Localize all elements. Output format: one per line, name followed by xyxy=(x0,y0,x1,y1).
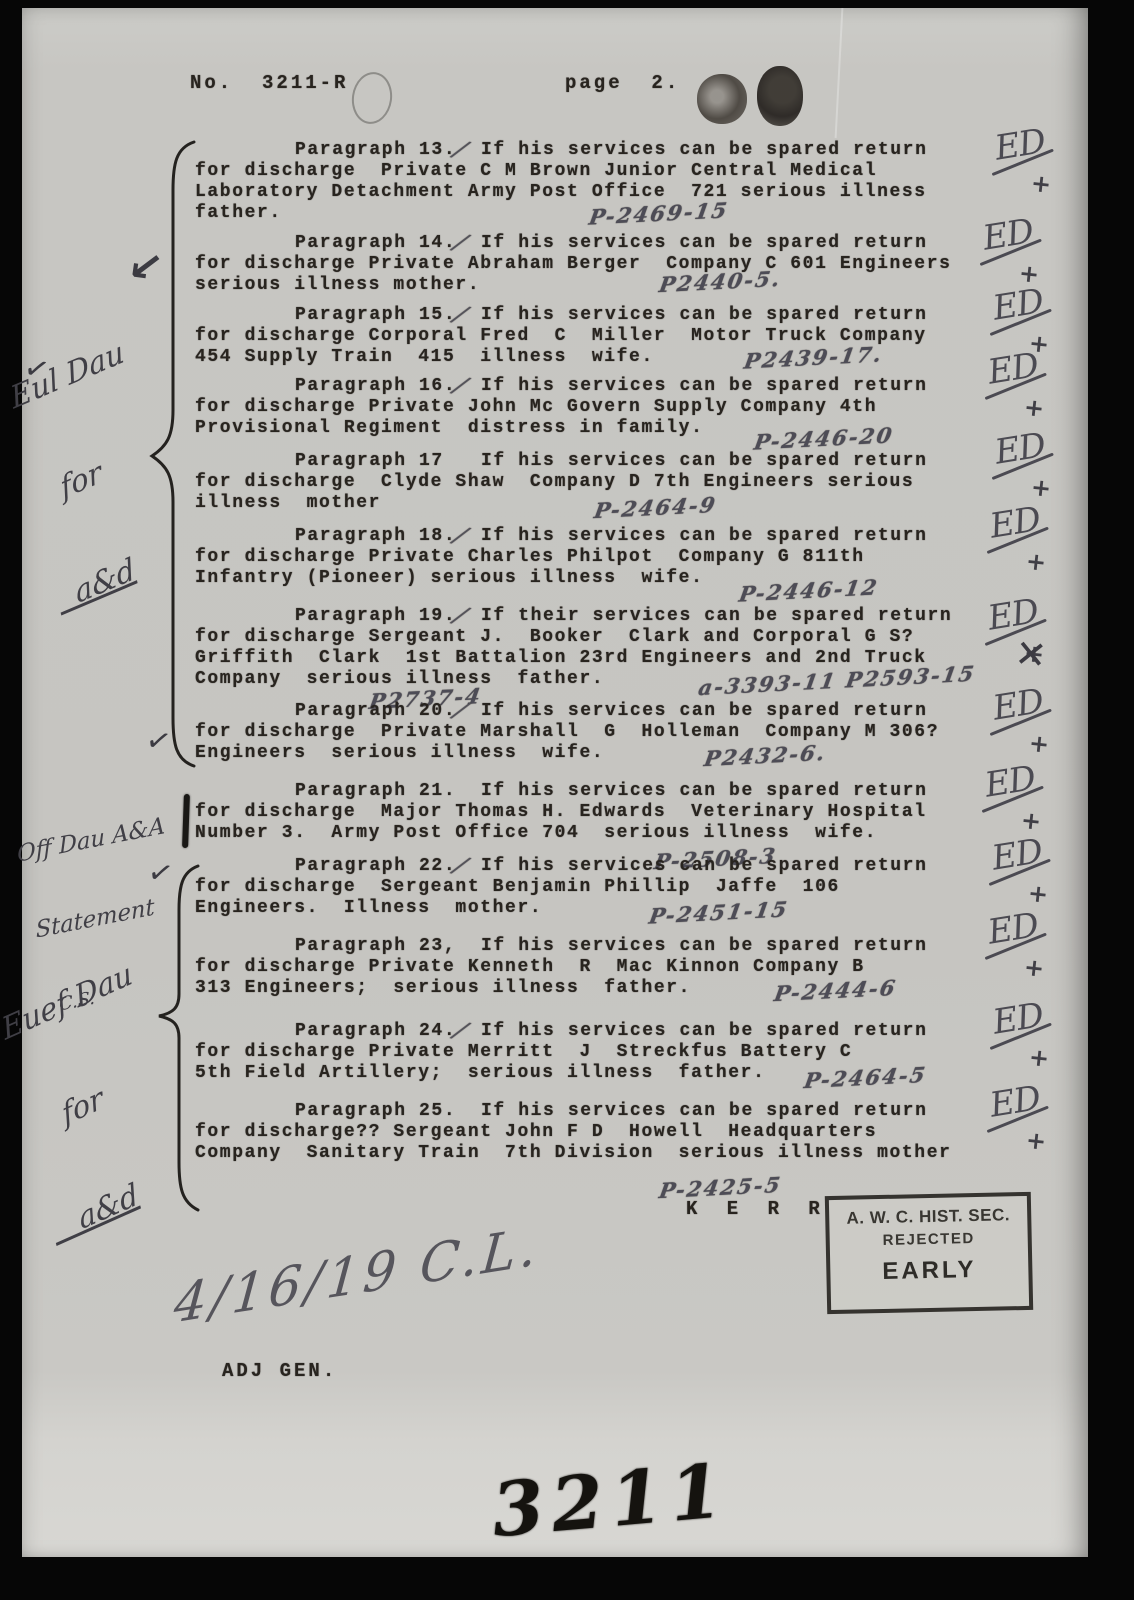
typed-line: for discharge Private Abraham Berger Com… xyxy=(195,254,1005,275)
margin-brace-paragraphs-13-20 xyxy=(148,138,202,770)
margin-note-line: a&d xyxy=(54,537,174,618)
handwritten-ref-number: P-2464-9 xyxy=(592,492,718,523)
typed-line: for discharge Sergeant Benjamin Phillip … xyxy=(195,877,1005,898)
handwritten-ed-mark: ED xyxy=(988,1081,1043,1122)
typed-line: for discharge Major Thomas H. Edwards Ve… xyxy=(195,802,1005,823)
typed-line: Engineers. Illness mother. xyxy=(195,898,1005,919)
handwritten-ed-mark: ED xyxy=(988,502,1043,543)
right-margin-mark: ED+ xyxy=(992,838,1092,908)
handwritten-plus-mark: + xyxy=(1025,1126,1052,1156)
officer-name: K E R R xyxy=(686,1198,829,1220)
typed-line: Infantry (Pioneer) serious illness wife. xyxy=(195,568,1005,589)
typed-line: Engineers serious illness wife. xyxy=(195,743,1005,764)
paragraph-13: Paragraph 13. If his services can be spa… xyxy=(195,140,1005,224)
handwritten-ed-mark: ED xyxy=(981,214,1036,255)
typed-line: Paragraph 13. If his services can be spa… xyxy=(195,140,1005,161)
typed-line: Paragraph 23, If his services can be spa… xyxy=(195,936,1005,957)
paragraph-15: Paragraph 15. If his services can be spa… xyxy=(195,305,1005,368)
paragraph-17: Paragraph 17 If his services can be spar… xyxy=(195,451,1005,514)
ink-blob-1 xyxy=(697,74,747,124)
margin-note-line: Off Dau A&A xyxy=(17,813,166,868)
office-label: ADJ GEN. xyxy=(222,1360,337,1382)
right-margin-mark: ED+ xyxy=(983,218,1083,288)
handwritten-plus-mark: + xyxy=(1028,1043,1055,1073)
typed-line: Paragraph 15. If his services can be spa… xyxy=(195,305,1005,326)
paragraph-19: Paragraph 19. If their services can be s… xyxy=(195,606,1005,690)
ink-blob-2 xyxy=(757,66,803,126)
typed-line: for discharge?? Sergeant John F D Howell… xyxy=(195,1122,1005,1143)
typed-line: Paragraph 17 If his services can be spar… xyxy=(195,451,1005,472)
doc-number: No. 3211-R xyxy=(190,72,348,94)
handwritten-ed-mark: ED xyxy=(983,761,1038,802)
handwritten-ed-mark: ED xyxy=(991,998,1046,1039)
handwritten-ed-mark: ED xyxy=(993,124,1048,165)
typed-line: Paragraph 24. If his services can be spa… xyxy=(195,1021,1005,1042)
handwritten-ed-mark: ED xyxy=(991,684,1046,725)
right-margin-mark: ED+ xyxy=(988,352,1088,422)
paragraph-20: Paragraph 20. If his services can be spa… xyxy=(195,701,1005,764)
typed-line: Paragraph 25. If his services can be spa… xyxy=(195,1101,1005,1122)
handwritten-plus-mark: + xyxy=(1027,879,1054,909)
margin-note-line: for xyxy=(24,1058,161,1149)
typed-line: Paragraph 21. If his services can be spa… xyxy=(195,781,1005,802)
page-label: page 2. xyxy=(565,72,680,94)
stamp-line-1: A. W. C. HIST. SEC. xyxy=(829,1205,1027,1229)
handwritten-plus-mark: + xyxy=(1030,473,1057,503)
typed-line: Number 3. Army Post Office 704 serious i… xyxy=(195,823,1005,844)
typed-line: for discharge Clyde Shaw Company D 7th E… xyxy=(195,472,1005,493)
stamp-line-3: EARLY xyxy=(830,1255,1029,1287)
typed-line: Paragraph 16. If his services can be spa… xyxy=(195,376,1005,397)
typed-line: Paragraph 22. If his services can be spa… xyxy=(195,856,1005,877)
margin-note-line: for xyxy=(31,436,151,517)
handwritten-ref-number: P2432-6. xyxy=(702,740,828,771)
handwritten-ed-mark: ED xyxy=(986,348,1041,389)
typed-line: serious illness mother. xyxy=(195,275,1005,296)
paragraph-21: Paragraph 21. If his services can be spa… xyxy=(195,781,1005,844)
right-margin-mark: ED+ xyxy=(985,765,1085,835)
scanned-document-page: No. 3211-R page 2. Paragraph 13. If his … xyxy=(0,0,1134,1600)
paragraph-14: Paragraph 14. If his services can be spa… xyxy=(195,233,1005,296)
right-margin-mark: ED+ xyxy=(993,1002,1093,1072)
typed-line: Paragraph 18. If his services can be spa… xyxy=(195,526,1005,547)
right-margin-mark: ED+ xyxy=(993,688,1093,758)
typed-line: Paragraph 19. If their services can be s… xyxy=(195,606,1005,627)
handwritten-ref-number: P-2464-5 xyxy=(802,1062,928,1093)
right-margin-mark: ED+ xyxy=(988,912,1088,982)
typed-line: for discharge Private Charles Philpot Co… xyxy=(195,547,1005,568)
typed-line: Company Sanitary Train 7th Division seri… xyxy=(195,1143,1005,1164)
typed-body: Paragraph 13. If his services can be spa… xyxy=(195,140,1005,1164)
handwritten-plus-mark: + xyxy=(1025,547,1052,577)
paragraph-22: Paragraph 22. If his services can be spa… xyxy=(195,856,1005,919)
typed-line: for discharge Private John Mc Govern Sup… xyxy=(195,397,1005,418)
right-margin-mark: ED+ xyxy=(995,128,1095,198)
handwritten-ref-number: P-2444-6 xyxy=(772,975,898,1006)
typed-line: for discharge Private Marshall G Hollema… xyxy=(195,722,1005,743)
handwritten-ed-mark: ED xyxy=(986,594,1041,635)
typed-line: for discharge Private Merritt J Streckfu… xyxy=(195,1042,1005,1063)
paragraph-25: Paragraph 25. If his services can be spa… xyxy=(195,1101,1005,1164)
right-margin-mark: ED+ xyxy=(988,598,1088,668)
handwritten-ed-mark: ED xyxy=(986,908,1041,949)
handwritten-ed-mark: ED xyxy=(993,428,1048,469)
paragraph-23: Paragraph 23, If his services can be spa… xyxy=(195,936,1005,999)
margin-arrow-icon: ↙ xyxy=(125,240,167,293)
right-margin-mark: ED+ xyxy=(995,432,1095,502)
paragraph-18: Paragraph 18. If his services can be spa… xyxy=(195,526,1005,589)
typed-line: Paragraph 14. If his services can be spa… xyxy=(195,233,1005,254)
handwritten-ed-mark: ED xyxy=(991,284,1046,325)
right-margin-mark: ED+ xyxy=(990,1085,1090,1155)
typed-line: for discharge Private C M Brown Junior C… xyxy=(195,161,1005,182)
typed-line: Paragraph 20. If his services can be spa… xyxy=(195,701,1005,722)
typed-line: Laboratory Detachment Army Post Office 7… xyxy=(195,182,1005,203)
paragraph-24: Paragraph 24. If his services can be spa… xyxy=(195,1021,1005,1084)
paragraph-16: Paragraph 16. If his services can be spa… xyxy=(195,376,1005,439)
handwritten-plus-mark: + xyxy=(1023,639,1050,669)
margin-note-line: a&d xyxy=(49,1158,186,1249)
handwritten-plus-mark: + xyxy=(1023,953,1050,983)
right-margin-mark: ED+ xyxy=(990,506,1090,576)
stamp-line-2: REJECTED xyxy=(830,1229,1028,1250)
handwritten-plus-mark: + xyxy=(1030,169,1057,199)
margin-note-line: Euef Dau xyxy=(0,957,136,1048)
handwritten-plus-mark: + xyxy=(1028,729,1055,759)
typed-line: for discharge Sergeant J. Booker Clark a… xyxy=(195,627,1005,648)
handwritten-plus-mark: + xyxy=(1023,393,1050,423)
handwritten-ed-mark: ED xyxy=(990,834,1045,875)
right-margin-mark: ED+ xyxy=(993,288,1093,358)
rejection-stamp: A. W. C. HIST. SEC. REJECTED EARLY xyxy=(825,1192,1033,1314)
